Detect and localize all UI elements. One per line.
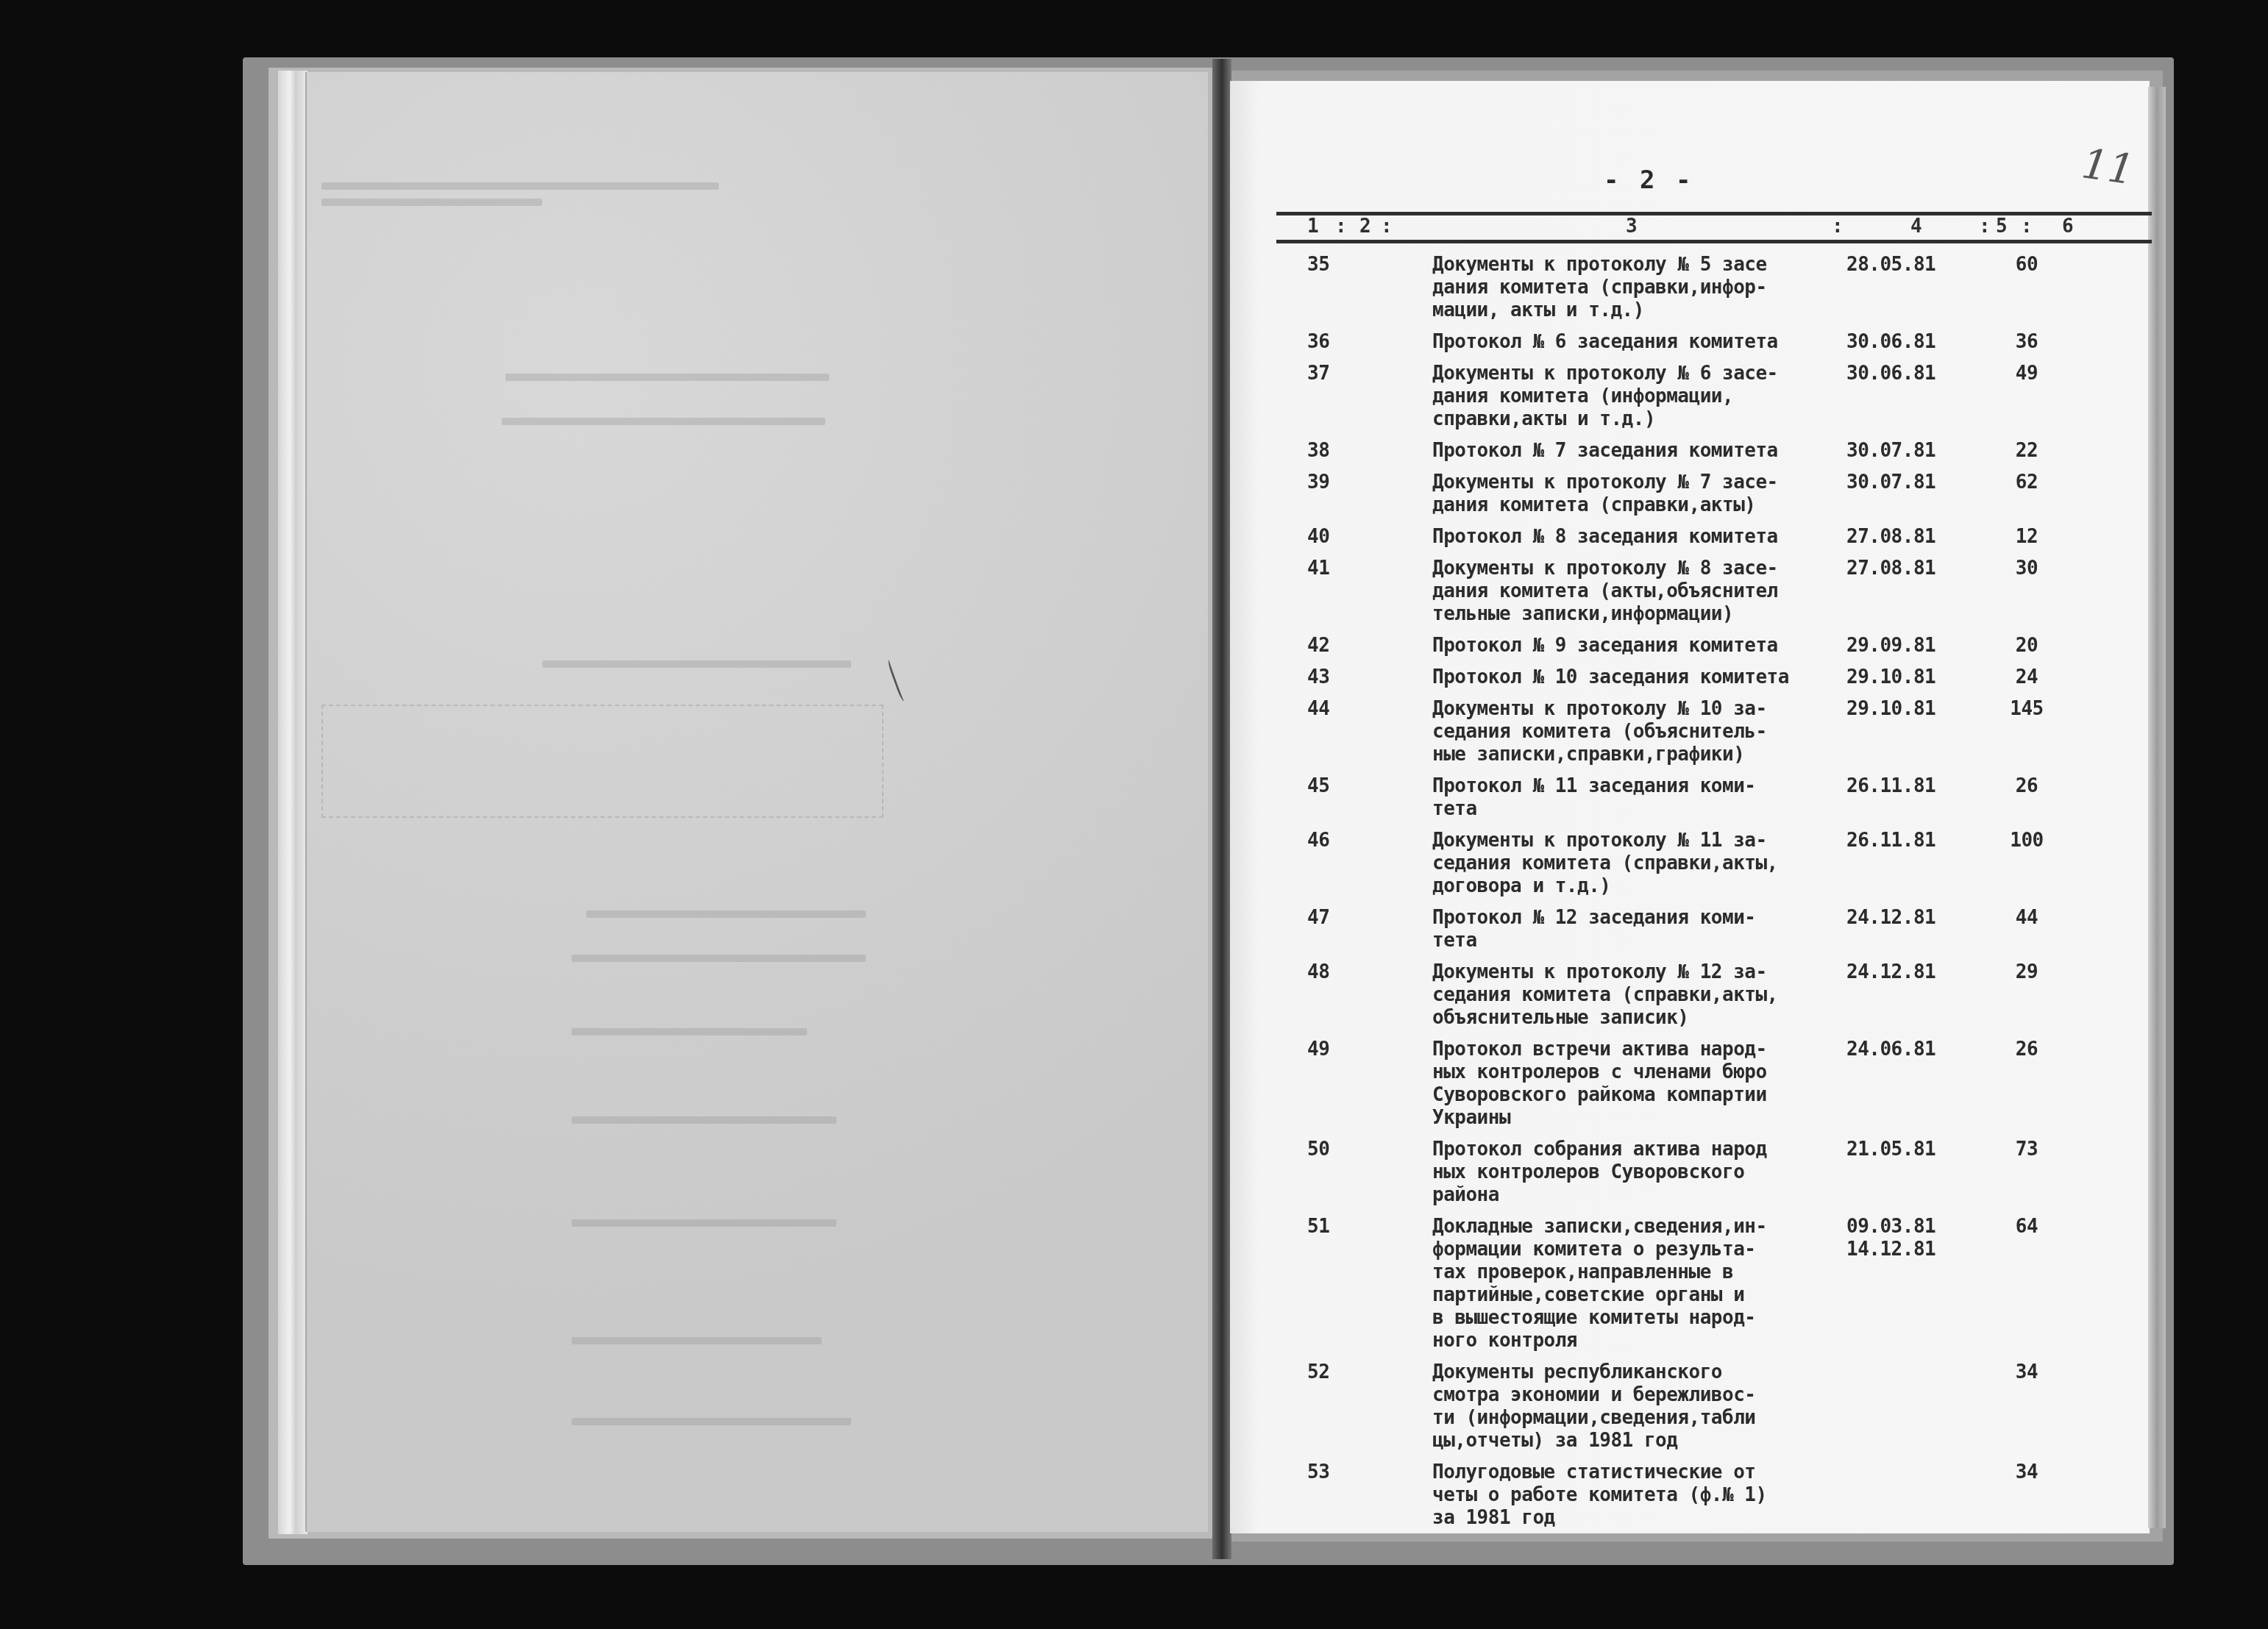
item-number: 38 <box>1307 440 1351 463</box>
item-sheet-count: 73 <box>1997 1138 2056 1161</box>
header-bottom-rule <box>1276 240 2152 243</box>
item-title: Документы республиканского смотра эконом… <box>1432 1361 1852 1452</box>
bleed-through-line <box>502 418 825 425</box>
item-number: 39 <box>1307 471 1351 494</box>
item-date: 29.10.81 <box>1846 698 1957 721</box>
left-page <box>305 72 1208 1532</box>
table-row: 50Протокол собрания актива народ ных кон… <box>1276 1138 2152 1207</box>
item-title: Протокол № 12 заседания коми- тета <box>1432 907 1852 952</box>
bleed-through-line <box>321 199 542 206</box>
item-title: Документы к протоколу № 11 за- седания к… <box>1432 830 1852 898</box>
item-date: 24.12.81 <box>1846 961 1957 984</box>
item-title: Документы к протоколу № 8 засе- дания ко… <box>1432 557 1852 626</box>
bleed-through-line <box>572 1116 836 1124</box>
inventory-table: 35Документы к протоколу № 5 засе дания к… <box>1276 254 2152 1530</box>
bleed-through-line <box>586 910 866 918</box>
column-separator: : <box>1381 215 1393 238</box>
item-date: 26.11.81 <box>1846 830 1957 852</box>
bleed-through-line <box>572 955 866 962</box>
item-sheet-count: 60 <box>1997 254 2056 277</box>
item-date: 24.12.81 <box>1846 907 1957 930</box>
item-sheet-count: 20 <box>1997 635 2056 657</box>
table-row: 38Протокол № 7 заседания комитета30.07.8… <box>1276 440 2152 463</box>
item-sheet-count: 12 <box>1997 526 2056 549</box>
item-date: 27.08.81 <box>1846 557 1957 580</box>
item-date: 30.06.81 <box>1846 331 1957 354</box>
item-date: 30.07.81 <box>1846 471 1957 494</box>
item-title: Протокол собрания актива народ ных контр… <box>1432 1138 1852 1207</box>
item-title: Протокол № 11 заседания коми- тета <box>1432 775 1852 821</box>
column-header-5: 5 <box>1996 215 2008 238</box>
table-row: 46Документы к протоколу № 11 за- седания… <box>1276 830 2152 898</box>
item-title: Протокол № 8 заседания комитета <box>1432 526 1852 549</box>
item-date: 30.07.81 <box>1846 440 1957 463</box>
table-row: 44Документы к протоколу № 10 за- седания… <box>1276 698 2152 766</box>
table-row: 36Протокол № 6 заседания комитета30.06.8… <box>1276 331 2152 354</box>
item-date: 30.06.81 <box>1846 363 1957 385</box>
table-row: 37Документы к протоколу № 6 засе- дания … <box>1276 363 2152 431</box>
item-sheet-count: 100 <box>1997 830 2056 852</box>
item-sheet-count: 26 <box>1997 1038 2056 1061</box>
item-title: Документы к протоколу № 10 за- седания к… <box>1432 698 1852 766</box>
item-sheet-count: 36 <box>1997 331 2056 354</box>
bleed-through-line <box>572 1028 807 1035</box>
table-row: 35Документы к протоколу № 5 засе дания к… <box>1276 254 2152 322</box>
item-number: 43 <box>1307 666 1351 689</box>
item-number: 51 <box>1307 1216 1351 1238</box>
item-sheet-count: 145 <box>1997 698 2056 721</box>
handwritten-folio-number: 11 <box>2079 140 2138 194</box>
item-title: Протокол № 10 заседания комитета <box>1432 666 1852 689</box>
item-number: 50 <box>1307 1138 1351 1161</box>
column-separator: : <box>1832 215 1844 238</box>
bleed-through-line <box>572 1337 822 1344</box>
table-row: 42Протокол № 9 заседания комитета29.09.8… <box>1276 635 2152 657</box>
column-header-3: 3 <box>1626 215 1638 238</box>
item-number: 41 <box>1307 557 1351 580</box>
item-number: 44 <box>1307 698 1351 721</box>
item-sheet-count: 29 <box>1997 961 2056 984</box>
item-date: 28.05.81 <box>1846 254 1957 277</box>
item-title: Протокол № 9 заседания комитета <box>1432 635 1852 657</box>
item-number: 37 <box>1307 363 1351 385</box>
column-separator: : <box>2021 215 2033 238</box>
item-number: 53 <box>1307 1461 1351 1484</box>
item-number: 42 <box>1307 635 1351 657</box>
item-number: 48 <box>1307 961 1351 984</box>
item-title: Протокол № 7 заседания комитета <box>1432 440 1852 463</box>
table-row: 39Документы к протоколу № 7 засе- дания … <box>1276 471 2152 517</box>
column-header-6: 6 <box>2062 215 2074 238</box>
table-row: 41Документы к протоколу № 8 засе- дания … <box>1276 557 2152 626</box>
column-header-1: 1 <box>1307 215 1319 238</box>
bleed-through-table <box>321 705 884 818</box>
item-date: 27.08.81 <box>1846 526 1957 549</box>
item-date: 26.11.81 <box>1846 775 1957 798</box>
column-separator: : <box>1979 215 1991 238</box>
item-title: Документы к протоколу № 12 за- седания к… <box>1432 961 1852 1030</box>
item-sheet-count: 24 <box>1997 666 2056 689</box>
item-sheet-count: 26 <box>1997 775 2056 798</box>
bleed-through-line <box>542 660 851 668</box>
table-row: 47Протокол № 12 заседания коми- тета24.1… <box>1276 907 2152 952</box>
table-row: 49Протокол встречи актива народ- ных кон… <box>1276 1038 2152 1130</box>
item-number: 52 <box>1307 1361 1351 1384</box>
bleed-through-line <box>321 182 719 190</box>
item-title: Протокол № 6 заседания комитета <box>1432 331 1852 354</box>
item-title: Документы к протоколу № 6 засе- дания ко… <box>1432 363 1852 431</box>
item-number: 36 <box>1307 331 1351 354</box>
item-number: 45 <box>1307 775 1351 798</box>
item-date: 24.06.81 <box>1846 1038 1957 1061</box>
left-page-edges <box>278 71 308 1534</box>
table-row: 53Полугодовые статистические от четы о р… <box>1276 1461 2152 1530</box>
item-title: Документы к протоколу № 7 засе- дания ко… <box>1432 471 1852 517</box>
item-sheet-count: 64 <box>1997 1216 2056 1238</box>
item-number: 49 <box>1307 1038 1351 1061</box>
column-header-2: 2 <box>1359 215 1371 238</box>
item-sheet-count: 22 <box>1997 440 2056 463</box>
bleed-through-line <box>505 374 829 381</box>
item-title: Докладные записки,сведения,ин- формации … <box>1432 1216 1852 1352</box>
table-row: 40Протокол № 8 заседания комитета27.08.8… <box>1276 526 2152 549</box>
item-date: 29.09.81 <box>1846 635 1957 657</box>
item-title: Полугодовые статистические от четы о раб… <box>1432 1461 1852 1530</box>
item-number: 35 <box>1307 254 1351 277</box>
item-title: Протокол встречи актива народ- ных контр… <box>1432 1038 1852 1130</box>
item-title: Документы к протоколу № 5 засе дания ком… <box>1432 254 1852 322</box>
item-date: 29.10.81 <box>1846 666 1957 689</box>
table-header: 1 : 2 : 3 : 4 : 5 : 6 <box>1276 215 2152 239</box>
item-sheet-count: 49 <box>1997 363 2056 385</box>
item-date: 09.03.81 14.12.81 <box>1846 1216 1957 1261</box>
item-sheet-count: 30 <box>1997 557 2056 580</box>
column-separator: : <box>1335 215 1347 238</box>
book-gutter <box>1212 59 1231 1559</box>
column-header-4: 4 <box>1910 215 1922 238</box>
page-number: - 2 - <box>1604 165 1693 195</box>
item-sheet-count: 44 <box>1997 907 2056 930</box>
item-sheet-count: 34 <box>1997 1461 2056 1484</box>
item-number: 40 <box>1307 526 1351 549</box>
item-sheet-count: 34 <box>1997 1361 2056 1384</box>
table-row: 51Докладные записки,сведения,ин- формаци… <box>1276 1216 2152 1352</box>
table-row: 45Протокол № 11 заседания коми- тета26.1… <box>1276 775 2152 821</box>
table-row: 43Протокол № 10 заседания комитета29.10.… <box>1276 666 2152 689</box>
item-date: 21.05.81 <box>1846 1138 1957 1161</box>
item-number: 47 <box>1307 907 1351 930</box>
item-number: 46 <box>1307 830 1351 852</box>
bleed-through-line <box>572 1418 851 1425</box>
bleed-through-line <box>572 1219 836 1227</box>
item-sheet-count: 62 <box>1997 471 2056 494</box>
table-row: 48Документы к протоколу № 12 за- седания… <box>1276 961 2152 1030</box>
table-row: 52Документы республиканского смотра экон… <box>1276 1361 2152 1452</box>
